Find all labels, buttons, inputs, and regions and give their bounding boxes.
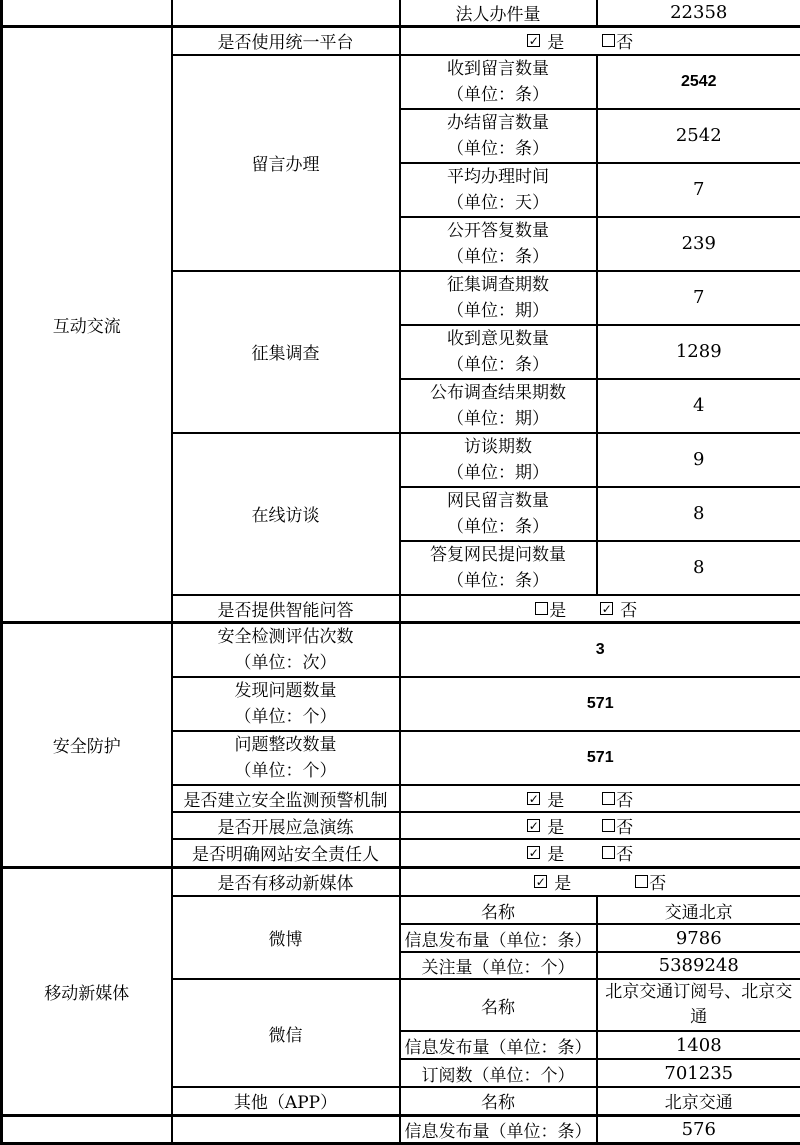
empty-cell bbox=[172, 0, 400, 27]
app-name-value: 北京交通 bbox=[597, 1087, 800, 1115]
wechat-subscribers-label: 订阅数（单位：个） bbox=[400, 1059, 597, 1087]
public-replies-label: 公开答复数量 （单位：条） bbox=[400, 217, 597, 271]
weibo-followers-label: 关注量（单位：个） bbox=[400, 952, 597, 979]
survey-opinions-value: 1289 bbox=[597, 325, 800, 379]
no-option: 否 bbox=[602, 813, 633, 838]
checked-checkbox-icon: ✓ bbox=[527, 819, 540, 832]
group-wechat: 微信 bbox=[172, 979, 400, 1087]
weibo-name-label: 名称 bbox=[400, 896, 597, 924]
unchecked-checkbox-icon bbox=[602, 846, 615, 859]
netizen-messages-label: 网民留言数量 （单位：条） bbox=[400, 487, 597, 541]
checked-checkbox-icon: ✓ bbox=[527, 792, 540, 805]
legal-person-items-label: 法人办件量 bbox=[400, 0, 597, 27]
smart-qa-label: 是否提供智能问答 bbox=[172, 595, 400, 623]
received-messages-label: 收到留言数量 （单位：条） bbox=[400, 55, 597, 109]
yes-option: 是 bbox=[535, 596, 566, 621]
unchecked-checkbox-icon bbox=[602, 34, 615, 47]
security-owner-label: 是否明确网站安全责任人 bbox=[172, 839, 400, 867]
survey-results-label: 公布调查结果期数 （单位：期） bbox=[400, 379, 597, 433]
completed-messages-value: 2542 bbox=[597, 109, 800, 163]
survey-opinions-label: 收到意见数量 （单位：条） bbox=[400, 325, 597, 379]
checked-checkbox-icon: ✓ bbox=[527, 846, 540, 859]
yes-option: ✓ 是 bbox=[534, 869, 571, 894]
security-owner-checkboxes: ✓ 是 否 bbox=[400, 839, 800, 867]
no-label: 否 bbox=[616, 813, 633, 838]
unchecked-checkbox-icon bbox=[635, 875, 648, 888]
public-replies-value: 239 bbox=[597, 217, 800, 271]
unified-platform-checkboxes: ✓ 是 否 bbox=[400, 27, 800, 55]
wechat-name-value: 北京交通订阅号、北京交通 bbox=[597, 979, 800, 1031]
received-messages-value: 2542 bbox=[597, 55, 800, 109]
survey-issues-value: 7 bbox=[597, 271, 800, 325]
unchecked-checkbox-icon bbox=[602, 819, 615, 832]
emergency-drill-label: 是否开展应急演练 bbox=[172, 812, 400, 839]
group-weibo: 微博 bbox=[172, 896, 400, 979]
weibo-posts-label: 信息发布量（单位：条） bbox=[400, 924, 597, 952]
empty-cell bbox=[2, 0, 172, 27]
group-survey: 征集调查 bbox=[172, 271, 400, 433]
interview-periods-value: 9 bbox=[597, 433, 800, 487]
no-label: 否 bbox=[620, 596, 637, 621]
yes-option: ✓ 是 bbox=[527, 786, 564, 811]
unchecked-checkbox-icon bbox=[535, 602, 548, 615]
problems-found-label: 发现问题数量 （单位：个） bbox=[172, 677, 400, 731]
security-checks-label: 安全检测评估次数 （单位：次） bbox=[172, 623, 400, 678]
interview-periods-label: 访谈期数 （单位：期） bbox=[400, 433, 597, 487]
no-label: 否 bbox=[616, 840, 633, 865]
wechat-posts-label: 信息发布量（单位：条） bbox=[400, 1031, 597, 1059]
checked-checkbox-icon: ✓ bbox=[534, 875, 547, 888]
security-monitor-label: 是否建立安全监测预警机制 bbox=[172, 785, 400, 812]
yes-label: 是 bbox=[547, 813, 564, 838]
wechat-subscribers-value: 701235 bbox=[597, 1059, 800, 1087]
category-mobile-media: 移动新媒体 bbox=[2, 867, 172, 1115]
unified-platform-label: 是否使用统一平台 bbox=[172, 27, 400, 55]
yes-label: 是 bbox=[549, 596, 566, 621]
empty-cell bbox=[2, 1115, 172, 1143]
no-option: 否 bbox=[635, 869, 666, 894]
survey-issues-label: 征集调查期数 （单位：期） bbox=[400, 271, 597, 325]
yes-label: 是 bbox=[547, 786, 564, 811]
category-interaction: 互动交流 bbox=[2, 27, 172, 623]
group-interview: 在线访谈 bbox=[172, 433, 400, 595]
no-label: 否 bbox=[616, 786, 633, 811]
no-option: 否 bbox=[602, 840, 633, 865]
no-label: 否 bbox=[616, 28, 633, 53]
yes-option: ✓ 是 bbox=[527, 840, 564, 865]
yes-label: 是 bbox=[554, 869, 571, 894]
yes-option: ✓ 是 bbox=[527, 813, 564, 838]
unchecked-checkbox-icon bbox=[602, 792, 615, 805]
weibo-posts-value: 9786 bbox=[597, 924, 800, 952]
netizen-messages-value: 8 bbox=[597, 487, 800, 541]
netizen-replies-label: 答复网民提问数量 （单位：条） bbox=[400, 541, 597, 595]
security-checks-value: 3 bbox=[400, 623, 800, 678]
problems-found-value: 571 bbox=[400, 677, 800, 731]
wechat-posts-value: 1408 bbox=[597, 1031, 800, 1059]
security-monitor-checkboxes: ✓ 是 否 bbox=[400, 785, 800, 812]
checked-checkbox-icon: ✓ bbox=[527, 34, 540, 47]
survey-results-value: 4 bbox=[597, 379, 800, 433]
has-mobile-media-label: 是否有移动新媒体 bbox=[172, 867, 400, 896]
no-label: 否 bbox=[649, 869, 666, 894]
no-option: ✓ 否 bbox=[600, 596, 637, 621]
annual-report-table: 法人办件量 22358 互动交流 是否使用统一平台 ✓ 是 否 留言办理 收到留… bbox=[0, 0, 800, 1145]
problems-fixed-value: 571 bbox=[400, 731, 800, 785]
empty-cell bbox=[172, 1115, 400, 1143]
weibo-name-value: 交通北京 bbox=[597, 896, 800, 924]
has-mobile-media-checkboxes: ✓ 是 否 bbox=[400, 867, 800, 896]
checked-checkbox-icon: ✓ bbox=[600, 602, 613, 615]
legal-person-items-value: 22358 bbox=[597, 0, 800, 27]
no-option: 否 bbox=[602, 786, 633, 811]
app-name-label: 名称 bbox=[400, 1087, 597, 1115]
category-security: 安全防护 bbox=[2, 623, 172, 868]
next-posts-value: 576 bbox=[597, 1115, 800, 1143]
no-option: 否 bbox=[602, 28, 633, 53]
weibo-followers-value: 5389248 bbox=[597, 952, 800, 979]
emergency-drill-checkboxes: ✓ 是 否 bbox=[400, 812, 800, 839]
wechat-name-label: 名称 bbox=[400, 979, 597, 1031]
yes-label: 是 bbox=[547, 28, 564, 53]
completed-messages-label: 办结留言数量 （单位：条） bbox=[400, 109, 597, 163]
group-other-app: 其他（APP） bbox=[172, 1087, 400, 1115]
problems-fixed-label: 问题整改数量 （单位：个） bbox=[172, 731, 400, 785]
netizen-replies-value: 8 bbox=[597, 541, 800, 595]
average-handling-time-label: 平均办理时间 （单位：天） bbox=[400, 163, 597, 217]
yes-option: ✓ 是 bbox=[527, 28, 564, 53]
next-posts-label: 信息发布量（单位：条） bbox=[400, 1115, 597, 1143]
yes-label: 是 bbox=[547, 840, 564, 865]
group-message-handling: 留言办理 bbox=[172, 55, 400, 271]
average-handling-time-value: 7 bbox=[597, 163, 800, 217]
smart-qa-checkboxes: 是 ✓ 否 bbox=[400, 595, 800, 623]
